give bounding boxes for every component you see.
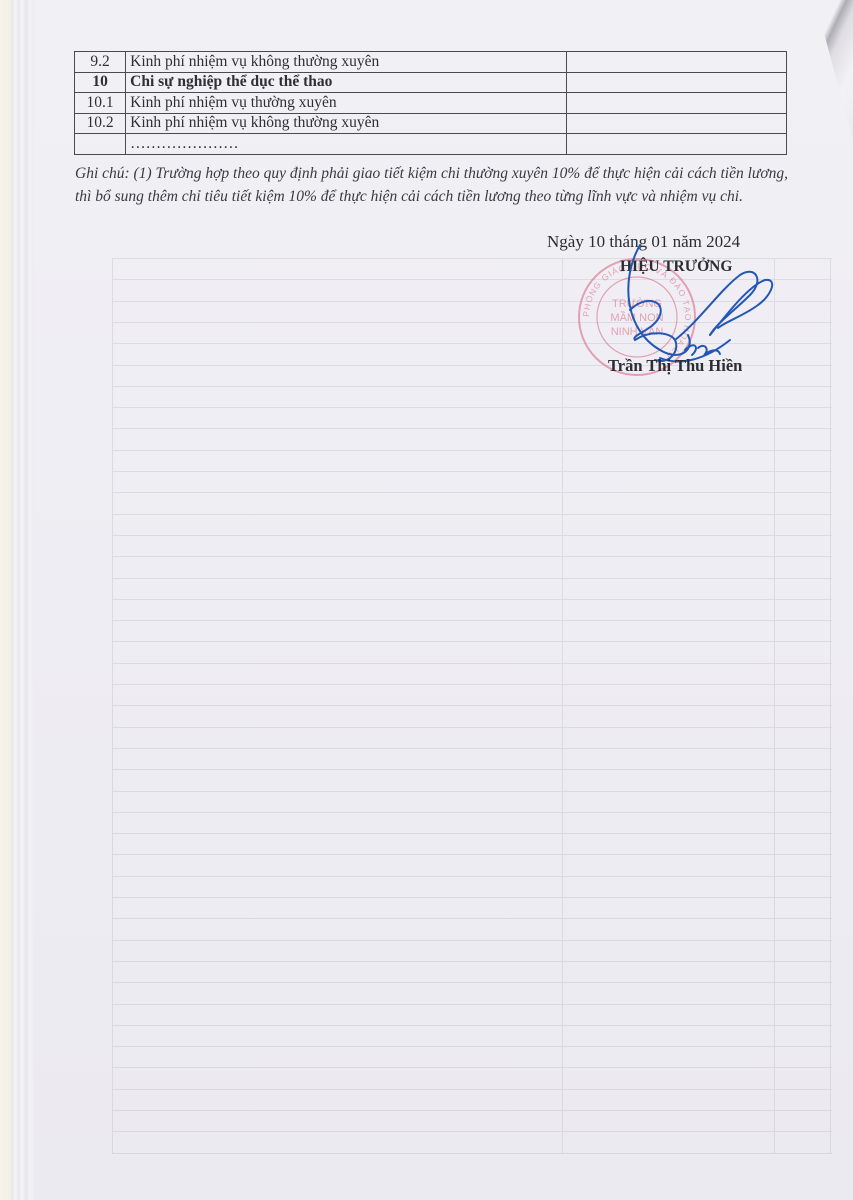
row-amount [567, 134, 787, 155]
row-number: 10.2 [75, 113, 126, 134]
row-content: ………………… [126, 134, 567, 155]
row-content: Kinh phí nhiệm vụ thường xuyên [126, 93, 567, 114]
row-amount [567, 52, 787, 73]
row-content: Kinh phí nhiệm vụ không thường xuyên [126, 113, 567, 134]
row-number: 10 [75, 72, 126, 93]
row-amount [567, 93, 787, 114]
table-row: ………………… [75, 134, 787, 155]
table-row: 10.2Kinh phí nhiệm vụ không thường xuyên [75, 113, 787, 134]
row-content: Kinh phí nhiệm vụ không thường xuyên [126, 52, 567, 73]
table-row: 10.1Kinh phí nhiệm vụ thường xuyên [75, 93, 787, 114]
row-number: 9.2 [75, 52, 126, 73]
reverse-page-bleed-through [112, 258, 832, 1153]
scanner-edge [0, 0, 34, 1200]
page-curl [783, 0, 853, 140]
row-number [75, 134, 126, 155]
row-amount [567, 113, 787, 134]
signatory-name: Trần Thị Thu Hiền [608, 356, 742, 376]
budget-table: 9.2Kinh phí nhiệm vụ không thường xuyên1… [74, 51, 787, 155]
row-amount [567, 72, 787, 93]
footnote: Ghi chú: (1) Trường hợp theo quy định ph… [75, 163, 795, 208]
document-page: 9.2Kinh phí nhiệm vụ không thường xuyên1… [0, 0, 853, 1200]
row-content: Chi sự nghiệp thể dục thể thao [126, 72, 567, 93]
table-row: 9.2Kinh phí nhiệm vụ không thường xuyên [75, 52, 787, 73]
row-number: 10.1 [75, 93, 126, 114]
table-row: 10Chi sự nghiệp thể dục thể thao [75, 72, 787, 93]
